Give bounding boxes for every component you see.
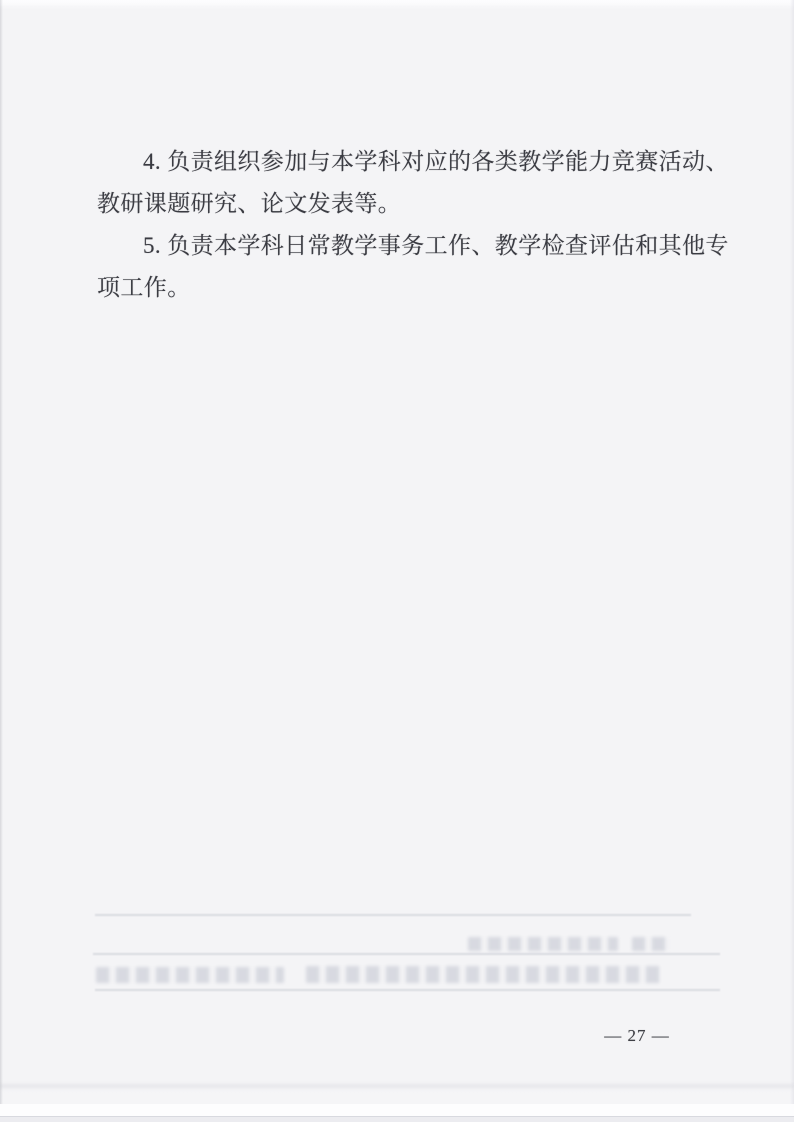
scan-edge-top [0,0,794,7]
scanned-document-page: 4. 负责组织参加与本学科对应的各类教学能力竞赛活动、 教研课题研究、论文发表等… [0,0,794,1122]
page-number: — 27 — [596,1026,678,1046]
bleedthrough-text-row2-b [306,966,660,983]
scan-edge-bottom-white [0,1104,794,1116]
paragraph-5-line-2: 项工作。 [97,267,709,309]
document-body: 4. 负责组织参加与本学科对应的各类教学能力竞赛活动、 教研课题研究、论文发表等… [97,141,709,309]
bleedthrough-rule-2 [93,953,720,955]
scan-smudge-line [0,1084,794,1088]
bleedthrough-rule-1 [95,914,691,916]
paragraph-5-line-1: 5. 负责本学科日常教学事务工作、教学检查评估和其他专 [97,225,709,267]
bleedthrough-text-row2-a [96,967,284,983]
bleedthrough-rule-3 [95,989,720,991]
scan-edge-bottom-gray [0,1116,794,1122]
paragraph-4-line-1: 4. 负责组织参加与本学科对应的各类教学能力竞赛活动、 [97,141,709,183]
scan-edge-left [0,0,3,1122]
paragraph-4-line-2: 教研课题研究、论文发表等。 [97,183,709,225]
scan-edge-right [790,0,794,1122]
bleedthrough-text-row1-a [468,937,618,951]
bleedthrough-text-row1-b [632,937,670,951]
